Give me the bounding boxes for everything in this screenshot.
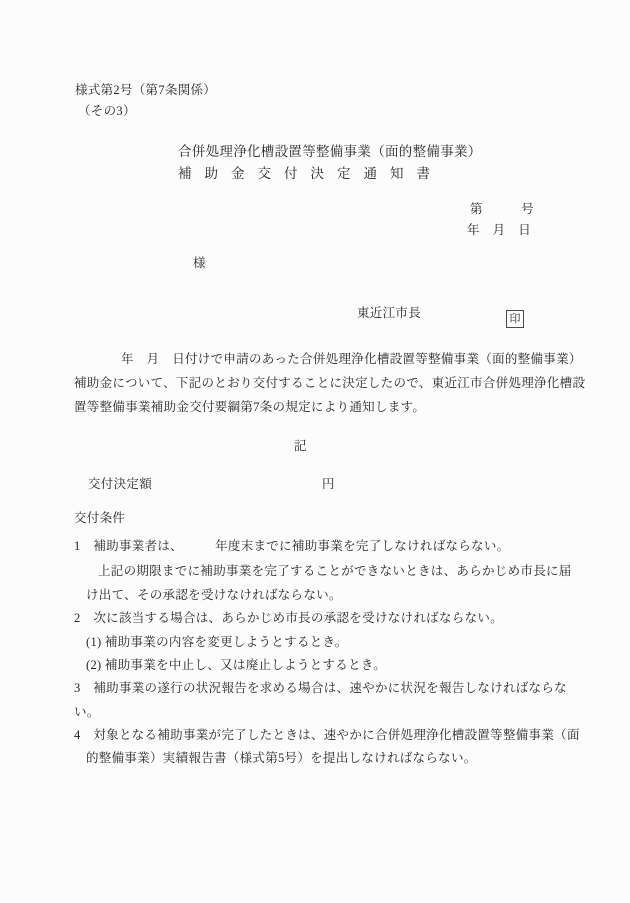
grant-amount-unit: 円	[322, 477, 335, 493]
form-note: （その3）	[78, 104, 136, 120]
conditions-heading: 交付条件	[74, 511, 125, 527]
body-paragraph-line: 補助金について、下記のとおり交付することに決定したので、東近江市合併処理浄化槽設	[74, 376, 585, 392]
condition-line: い。	[74, 705, 100, 721]
doc-title-line2: 補助金交付決定通知書	[178, 166, 443, 183]
condition-line: 上記の期限までに補助事業を完了することができないときは、あらかじめ市長に届	[98, 564, 572, 580]
seal-stamp: 印	[506, 310, 524, 328]
condition-line: 3 補助事業の遂行の状況報告を求める場合は、速やかに状況を報告しなければならな	[74, 681, 567, 697]
condition-line: 4 対象となる補助事業が完了したときは、速やかに合併処理浄化槽設置等整備事業（面	[74, 728, 580, 744]
condition-line: 2 次に該当する場合は、あらかじめ市長の承認を受けなければならない。	[74, 611, 503, 627]
body-paragraph-line: 置等整備事業補助金交付要綱第7条の規定により通知します。	[74, 400, 425, 416]
doc-number: 第 号	[470, 202, 534, 218]
section-marker-ki: 記	[294, 439, 307, 455]
doc-title-line1: 合併処理浄化槽設置等整備事業（面的整備事業）	[178, 144, 482, 161]
condition-line: け出て、その承認を受けなければならない。	[86, 588, 342, 604]
form-number: 様式第2号（第7条関係）	[75, 83, 216, 99]
condition-line: 1 補助事業者は、 年度末までに補助事業を完了しなければならない。	[74, 539, 510, 555]
issuer-name: 東近江市長	[357, 306, 421, 322]
grant-amount-label: 交付決定額	[88, 477, 152, 493]
issue-date: 年 月 日	[467, 223, 531, 239]
condition-line: (1) 補助事業の内容を変更しようとするとき。	[86, 635, 348, 651]
addressee-suffix: 様	[193, 256, 206, 272]
body-paragraph-line: 年 月 日付けで申請のあった合併処理浄化槽設置等整備事業（面的整備事業）	[121, 352, 582, 368]
condition-line: 的整備事業）実績報告書（様式第5号）を提出しなければならない。	[86, 751, 477, 767]
document-page: 様式第2号（第7条関係） （その3） 合併処理浄化槽設置等整備事業（面的整備事業…	[0, 0, 630, 903]
condition-line: (2) 補助事業を中止し、又は廃止しようとするとき。	[86, 658, 386, 674]
